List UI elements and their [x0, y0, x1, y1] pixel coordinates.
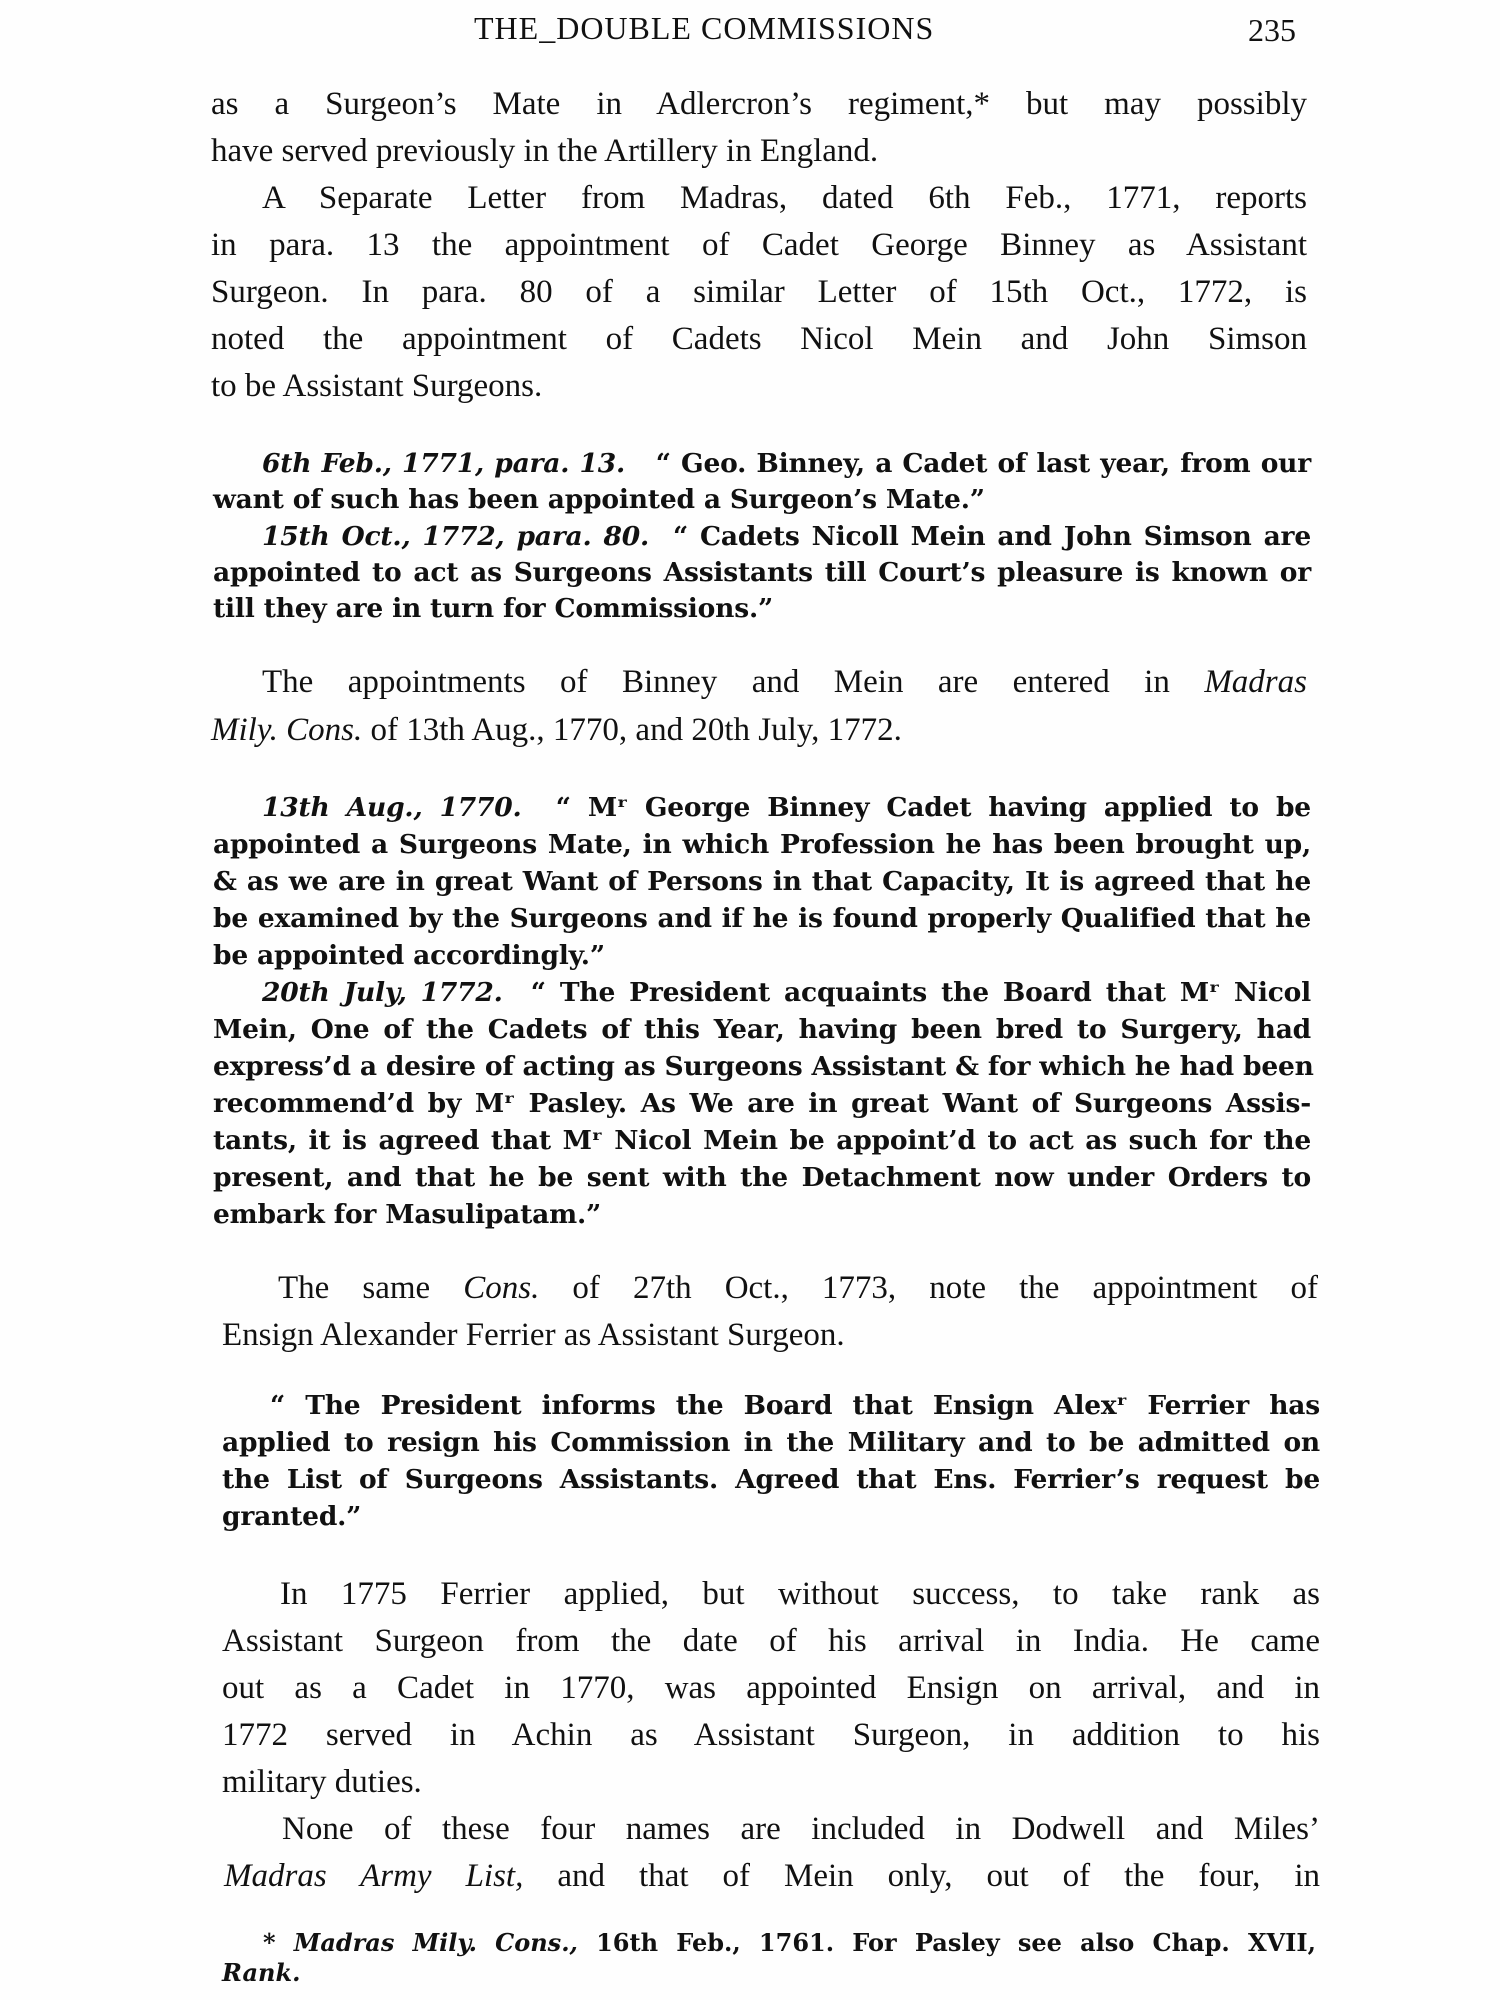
text-line: to be Assistant Surgeons. — [211, 366, 1307, 406]
quote-reference: 20th July, 1772. — [262, 977, 503, 1008]
italic-title: Madras — [1204, 664, 1307, 700]
quote-text: “ The President acquaints the Board that… — [531, 977, 1311, 1008]
italic-title: Mily. Cons. — [211, 712, 362, 748]
footnote-line: Rank. — [222, 1958, 1316, 1988]
quote-reference: 6th Feb., 1771, para. 13. — [262, 448, 625, 479]
text-line: A Separate Letter from Madras, dated 6th… — [262, 178, 1307, 218]
quote-line: present, and that he be sent with the De… — [213, 1162, 1311, 1194]
quote-line: Mein, One of the Cadets of this Year, ha… — [213, 1014, 1311, 1046]
quote-line: & as we are in great Want of Persons in … — [213, 866, 1311, 898]
page-number: 235 — [1248, 12, 1296, 49]
footnote-source: Madras Mily. Cons., — [294, 1928, 578, 1957]
quote-line: appointed to act as Surgeons Assistants … — [213, 557, 1311, 589]
text-line: Madras Army List, and that of Mein only,… — [224, 1856, 1320, 1896]
quote-line: recommend’d by Mʳ Pasley. As We are in g… — [213, 1088, 1311, 1120]
footnote-marker: * — [263, 1928, 276, 1957]
quote-line: 15th Oct., 1772, para. 80. “ Cadets Nico… — [262, 521, 1311, 553]
quote-line: “ The President informs the Board that E… — [232, 1390, 1320, 1422]
quote-reference: 15th Oct., 1772, para. 80. — [262, 521, 649, 552]
quote-text: “ Mʳ George Binney Cadet having applied … — [556, 792, 1311, 823]
quote-line: till they are in turn for Commissions.” — [213, 593, 1311, 625]
text-line: Ensign Alexander Ferrier as Assistant Su… — [222, 1315, 1318, 1355]
text-line: The same Cons. of 27th Oct., 1773, note … — [278, 1268, 1318, 1308]
italic-title: Cons. — [463, 1270, 539, 1306]
footnote-continuation: Rank. — [222, 1958, 300, 1987]
text-line: Mily. Cons. of 13th Aug., 1770, and 20th… — [211, 710, 1307, 750]
quote-line: applied to resign his Commission in the … — [222, 1427, 1320, 1459]
text-line: Surgeon. In para. 80 of a similar Letter… — [211, 272, 1307, 312]
text-span: and that of Mein only, out of the four, … — [557, 1858, 1320, 1894]
quote-line: express’d a desire of acting as Surgeons… — [213, 1051, 1311, 1083]
quote-line: granted.” — [222, 1501, 1320, 1533]
book-page: THE_DOUBLE COMMISSIONS 235 as a Surgeon’… — [0, 0, 1500, 2000]
text-span: The same — [278, 1270, 430, 1306]
text-line: military duties. — [222, 1762, 1318, 1802]
text-line: have served previously in the Artillery … — [211, 131, 1307, 171]
quote-line: be appointed accordingly.” — [213, 940, 1311, 972]
text-line: noted the appointment of Cadets Nicol Me… — [211, 319, 1307, 359]
text-line: None of these four names are included in… — [282, 1809, 1320, 1849]
quote-line: the List of Surgeons Assistants. Agreed … — [222, 1464, 1320, 1496]
text-line: In 1775 Ferrier applied, but without suc… — [280, 1574, 1320, 1614]
quote-line: tants, it is agreed that Mʳ Nicol Mein b… — [213, 1125, 1311, 1157]
quote-reference: 13th Aug., 1770. — [262, 792, 522, 823]
text-span: of 13th Aug., 1770, and 20th July, 1772. — [371, 712, 902, 748]
text-line: The appointments of Binney and Mein are … — [262, 662, 1307, 702]
quote-line: 20th July, 1772. “ The President acquain… — [262, 977, 1311, 1009]
footnote-line: * Madras Mily. Cons., 16th Feb., 1761. F… — [263, 1928, 1316, 1958]
text-line: out as a Cadet in 1770, was appointed En… — [222, 1668, 1320, 1708]
quote-line: 6th Feb., 1771, para. 13. “ Geo. Binney,… — [262, 448, 1311, 480]
quote-line: be examined by the Surgeons and if he is… — [213, 903, 1311, 935]
quote-text: “ Cadets Nicoll Mein and John Simson are — [673, 521, 1311, 552]
text-span: The appointments of Binney and Mein are … — [262, 664, 1170, 700]
text-line: as a Surgeon’s Mate in Adlercron’s regim… — [211, 84, 1307, 124]
quote-text: “ Geo. Binney, a Cadet of last year, fro… — [656, 448, 1311, 479]
running-title: THE_DOUBLE COMMISSIONS — [474, 10, 934, 47]
text-line: Assistant Surgeon from the date of his a… — [222, 1621, 1320, 1661]
text-line: 1772 served in Achin as Assistant Surgeo… — [222, 1715, 1320, 1755]
quote-line: appointed a Surgeons Mate, in which Prof… — [213, 829, 1311, 861]
quote-line: 13th Aug., 1770. “ Mʳ George Binney Cade… — [262, 792, 1311, 824]
footnote-text: 16th Feb., 1761. For Pasley see also Cha… — [596, 1928, 1316, 1957]
text-line: in para. 13 the appointment of Cadet Geo… — [211, 225, 1307, 265]
italic-title: Madras Army List, — [224, 1858, 523, 1894]
text-span: of 27th Oct., 1773, note the appointment… — [572, 1270, 1318, 1306]
quote-line: embark for Masulipatam.” — [213, 1199, 1311, 1231]
quote-line: want of such has been appointed a Surgeo… — [213, 484, 1311, 516]
